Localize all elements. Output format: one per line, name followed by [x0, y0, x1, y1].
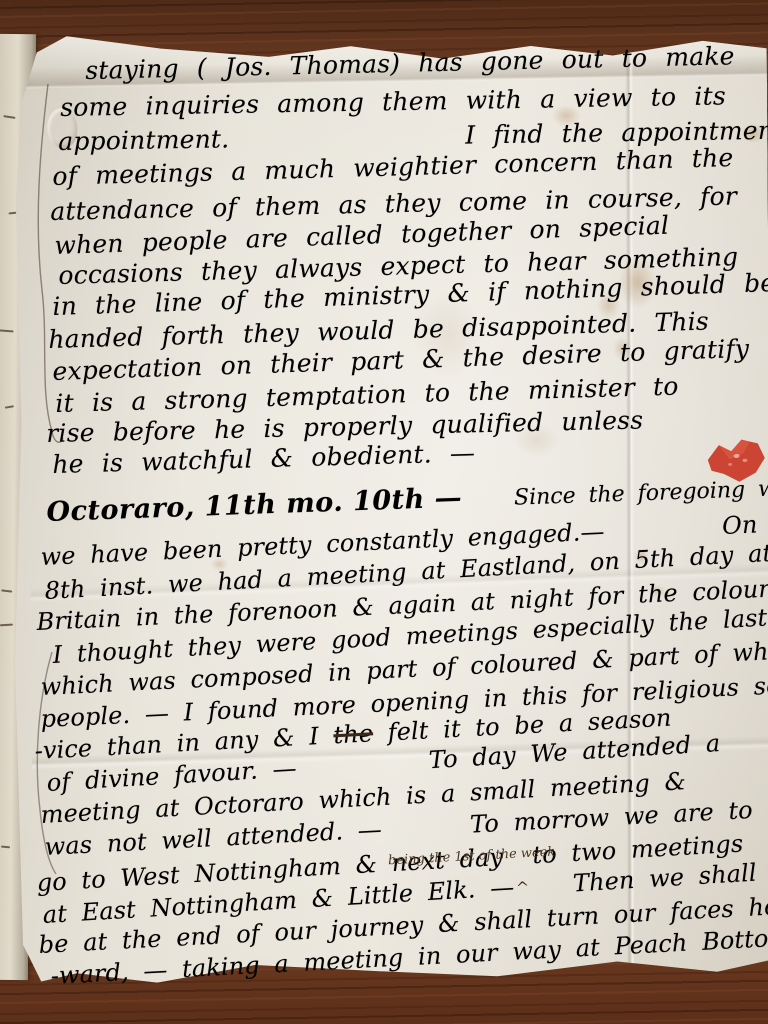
dateline-place-date: Octoraro, 11th mo. 10th — — [46, 482, 463, 527]
struck-out-word: the — [333, 719, 374, 749]
handwritten-line: some inquiries among them with a view to… — [60, 81, 726, 122]
handwriting-layer: Octoraro, 11th mo. 10th — Since the fore… — [0, 0, 768, 1024]
photo-scene: Octoraro, 11th mo. 10th — Since the fore… — [0, 0, 768, 1024]
handwritten-line: staying ( Jos. Thomas) has gone out to m… — [85, 41, 735, 85]
insertion-caret-mark: ^ — [515, 878, 530, 898]
wax-seal-fragment — [702, 432, 768, 492]
